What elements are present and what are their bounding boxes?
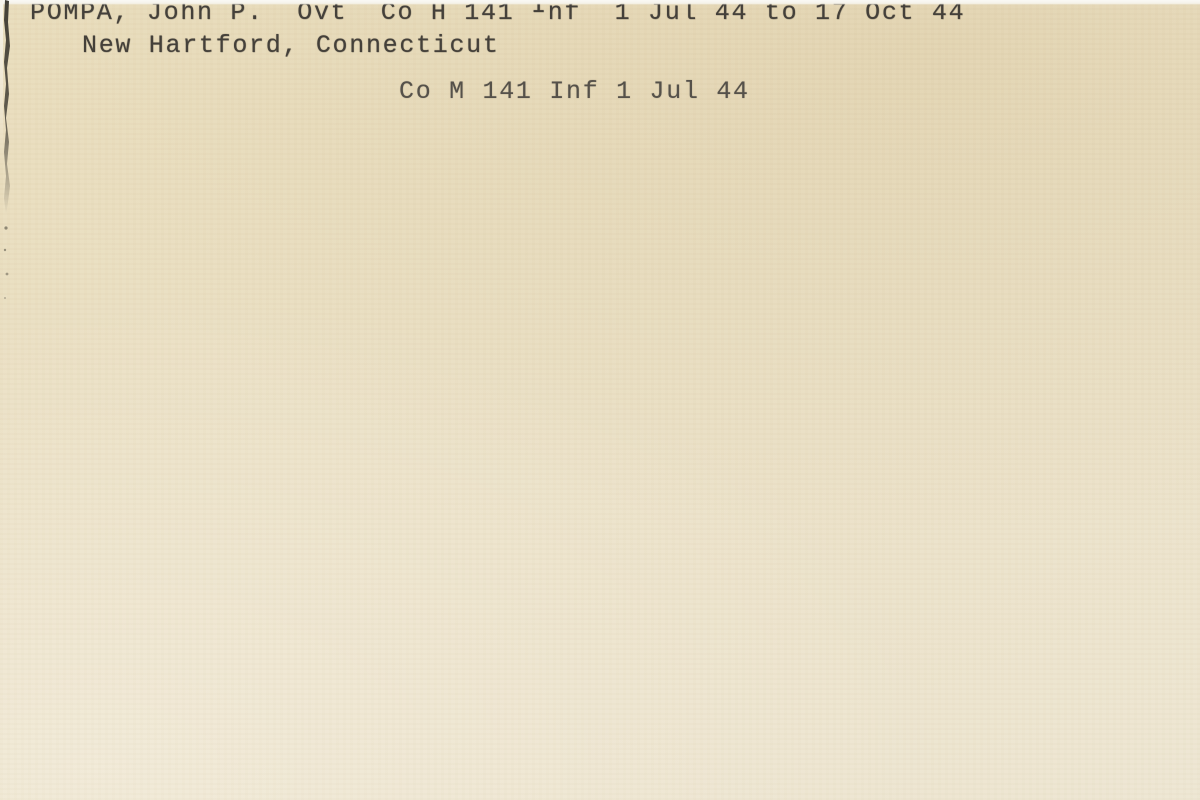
scan-left-edge: [0, 0, 14, 320]
scan-top-edge: [0, 0, 1200, 5]
index-card: POMPA, John P. Ovt Co H 141 Inf 1 Jul 44…: [0, 0, 1200, 800]
hometown-line: New Hartford, Connecticut: [82, 31, 500, 61]
assignment-line: Co M 141 Inf 1 Jul 44: [399, 77, 750, 107]
